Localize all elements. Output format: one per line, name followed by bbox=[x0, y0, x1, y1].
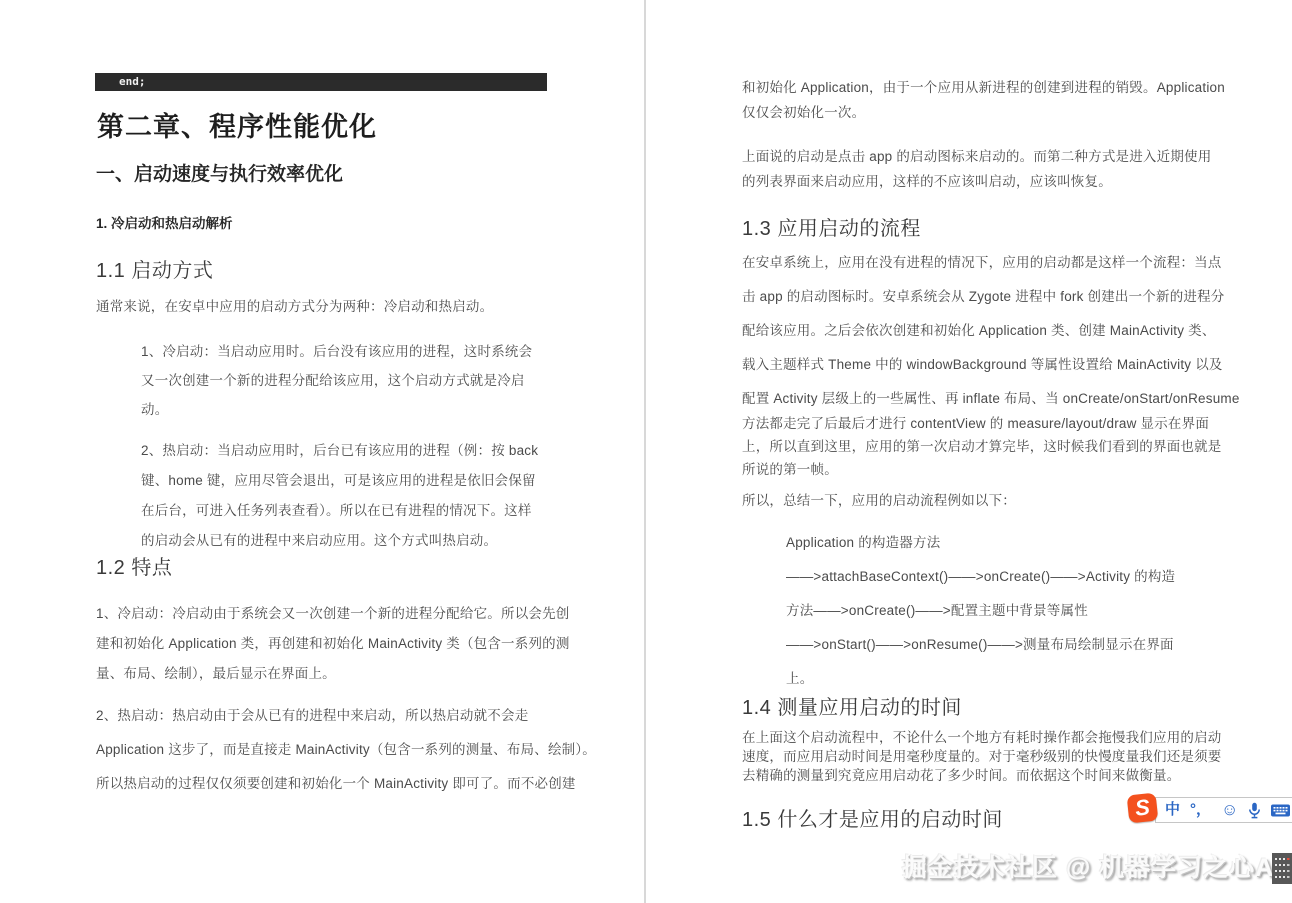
subsection-heading: 1. 冷启动和热启动解析 bbox=[96, 212, 233, 232]
text-line: 的列表界面来启动应用，这样的不应该叫启动，应该叫恢复。 bbox=[742, 169, 1211, 194]
text-line: 方法都走完了后最后才进行 contentView 的 measure/layou… bbox=[742, 412, 1222, 435]
paragraph-cold-feature: 1、冷启动：冷启动由于系统会又一次创建一个新的进程分配给它。所以会先创 建和初始… bbox=[96, 599, 570, 689]
toolbar-drag-handle-icon[interactable] bbox=[1272, 853, 1292, 884]
text-line: Application 这步了，而是直接走 MainActivity（包含一系列… bbox=[96, 733, 596, 767]
paragraph-launch-flow-a: 在安卓系统上，应用在没有进程的情况下，应用的启动都是这样一个流程：当点 击 ap… bbox=[742, 246, 1240, 416]
paragraph-hot-feature: 2、热启动：热启动由于会从已有的进程中来启动，所以热启动就不会走 Applica… bbox=[96, 699, 596, 801]
paragraph-measure-time: 在上面这个启动流程中，不论什么一个地方有耗时操作都会拖慢我们应用的启动 速度，而… bbox=[742, 728, 1222, 785]
code-snippet-bar: end; bbox=[95, 73, 547, 91]
list-item-cold-start: 1、冷启动：当启动应用时。后台没有该应用的进程，这时系统会 又一次创建一个新的进… bbox=[141, 337, 532, 424]
text-line: 方法——>onCreate()——>配置主题中背景等属性 bbox=[786, 594, 1175, 628]
text-line: 和初始化 Application，由于一个应用从新进程的创建到进程的销毁。App… bbox=[742, 75, 1225, 100]
chapter-title: 第二章、程序性能优化 bbox=[97, 105, 377, 144]
paragraph-launch-flow-b: 方法都走完了后最后才进行 contentView 的 measure/layou… bbox=[742, 412, 1222, 481]
text-line: 在安卓系统上，应用在没有进程的情况下，应用的启动都是这样一个流程：当点 bbox=[742, 246, 1240, 280]
text-line: 又一次创建一个新的进程分配给该应用，这个启动方式就是冷启 bbox=[141, 366, 532, 395]
text-line: 1、冷启动：冷启动由于系统会又一次创建一个新的进程分配给它。所以会先创 bbox=[96, 599, 570, 629]
text-line: 2、热启动：当启动应用时，后台已有该应用的进程（例：按 back bbox=[141, 436, 538, 466]
text-line: ——>onStart()——>onResume()——>测量布局绘制显示在界面 bbox=[786, 628, 1175, 662]
emoji-icon[interactable]: ☺ bbox=[1221, 798, 1238, 822]
text-line: 速度，而应用启动时间是用毫秒度量的。对于毫秒级别的快慢度量我们还是须要 bbox=[742, 747, 1222, 766]
heading-1-5: 1.5 什么才是应用的启动时间 bbox=[742, 803, 1003, 832]
text-line: 在上面这个启动流程中，不论什么一个地方有耗时操作都会拖慢我们应用的启动 bbox=[742, 728, 1222, 747]
sogou-ime-logo[interactable]: S bbox=[1127, 793, 1159, 824]
paragraph-intro: 通常来说，在安卓中应用的启动方式分为两种：冷启动和热启动。 bbox=[96, 297, 493, 317]
text-line: 建和初始化 Application 类，再创建和初始化 MainActivity… bbox=[96, 629, 570, 659]
ime-punctuation-button[interactable]: °， bbox=[1190, 798, 1211, 822]
text-line: 在后台，可进入任务列表查看）。所以在已有进程的情况下。这样 bbox=[141, 496, 538, 526]
text-line: ——>attachBaseContext()——>onCreate()——>Ac… bbox=[786, 560, 1175, 594]
text-line: 配给该应用。之后会依次创建和初始化 Application 类、创建 MainA… bbox=[742, 314, 1240, 348]
microphone-icon[interactable] bbox=[1248, 802, 1261, 819]
paragraph-summary: 所以，总结一下，应用的启动流程例如以下： bbox=[742, 491, 1016, 511]
paragraph-launch-vs-resume: 上面说的启动是点击 app 的启动图标来启动的。而第二种方式是进入近期使用 的列… bbox=[742, 144, 1211, 194]
text-line: 键、home 键，应用尽管会退出，可是该应用的进程是依旧会保留 bbox=[141, 466, 538, 496]
text-line: 量、布局、绘制），最后显示在界面上。 bbox=[96, 659, 570, 689]
text-line: 配置 Activity 层级上的一些属性、再 inflate 布局、当 onCr… bbox=[742, 382, 1240, 416]
text-line: 所以热启动的过程仅仅须要创建和初始化一个 MainActivity 即可了。而不… bbox=[96, 767, 596, 801]
heading-1-3: 1.3 应用启动的流程 bbox=[742, 212, 921, 241]
text-line: 仅仅会初始化一次。 bbox=[742, 100, 1225, 125]
launch-flow-steps: Application 的构造器方法 ——>attachBaseContext(… bbox=[786, 526, 1175, 696]
code-text: end; bbox=[119, 75, 146, 88]
text-line: 的启动会从已有的进程中来启动应用。这个方式叫热启动。 bbox=[141, 526, 538, 556]
section-heading: 一、启动速度与执行效率优化 bbox=[96, 159, 343, 186]
ime-logo-letter: S bbox=[1134, 794, 1151, 821]
text-line: 上，所以直到这里，应用的第一次启动才算完毕，这时候我们看到的界面也就是 bbox=[742, 435, 1222, 458]
text-line: 去精确的测量到究竟应用启动花了多少时间。而依据这个时间来做衡量。 bbox=[742, 766, 1222, 785]
ime-language-mode-button[interactable]: 中 bbox=[1165, 798, 1180, 822]
text-line: 所说的第一帧。 bbox=[742, 458, 1222, 481]
ime-toolbar: 中 °， ☺ 10 bbox=[1155, 797, 1292, 823]
page-divider bbox=[644, 0, 646, 903]
text-line: 动。 bbox=[141, 395, 532, 424]
text-line: 2、热启动：热启动由于会从已有的进程中来启动，所以热启动就不会走 bbox=[96, 699, 596, 733]
text-line: 载入主题样式 Theme 中的 windowBackground 等属性设置给 … bbox=[742, 348, 1240, 382]
list-item-hot-start: 2、热启动：当启动应用时，后台已有该应用的进程（例：按 back 键、home … bbox=[141, 436, 538, 556]
text-line: Application 的构造器方法 bbox=[786, 526, 1175, 560]
paragraph-app-init: 和初始化 Application，由于一个应用从新进程的创建到进程的销毁。App… bbox=[742, 75, 1225, 125]
heading-1-1: 1.1 启动方式 bbox=[96, 254, 213, 283]
text-line: 1、冷启动：当启动应用时。后台没有该应用的进程，这时系统会 bbox=[141, 337, 532, 366]
watermark-text: 掘金技术社区 @ 机器学习之心AI bbox=[902, 848, 1282, 884]
text-line: 击 app 的启动图标时。安卓系统会从 Zygote 进程中 fork 创建出一… bbox=[742, 280, 1240, 314]
heading-1-4: 1.4 测量应用启动的时间 bbox=[742, 691, 962, 720]
heading-1-2: 1.2 特点 bbox=[96, 551, 172, 580]
virtual-keyboard-icon[interactable] bbox=[1271, 804, 1290, 817]
text-line: 上面说的启动是点击 app 的启动图标来启动的。而第二种方式是进入近期使用 bbox=[742, 144, 1211, 169]
